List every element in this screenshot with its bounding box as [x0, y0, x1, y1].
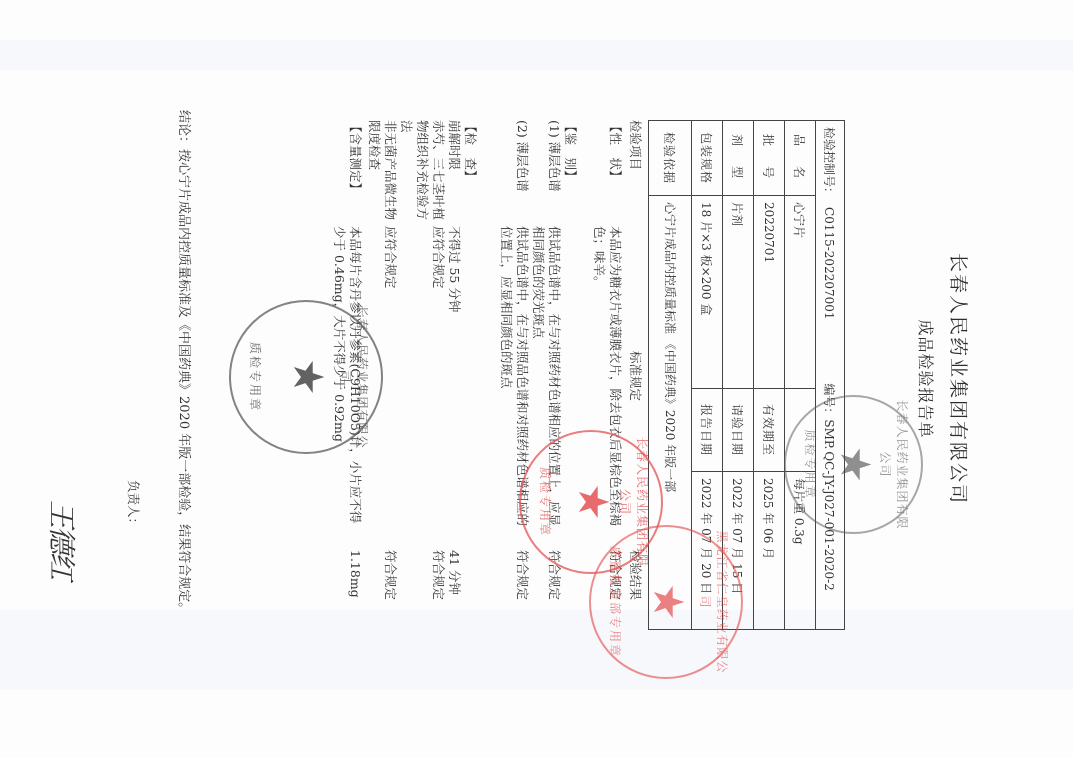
value-expiry: 2025 年 06 月 — [754, 472, 785, 630]
assay-section: 【含量测定】 本品每片含丹参以丹参素(C9H10O5)计，小片应不得少于 0.4… — [303, 120, 363, 640]
header-item: 检验项目 — [627, 120, 643, 220]
value-tablet-weight: 每片重 0.3g — [785, 472, 816, 630]
inspection-item: 崩解时限 不得过 55 分钟 41 分钟 — [446, 120, 462, 640]
control-no-label: 检验控制号： — [823, 127, 837, 199]
item-standard: 应符合规定 — [430, 226, 446, 526]
label-request-date: 请验日期 — [723, 389, 754, 472]
table-row: 剂 型 片剂 请验日期 2022 年 07 月 15 日 — [723, 121, 754, 630]
table-row: 批 号 20220701 有效期至 2025 年 06 月 — [754, 121, 785, 630]
identification-section: 【鉴 别】 (1) 薄层色谱 供试品色谱中，在与对照药材色谱相应的位置上，应显相… — [498, 120, 578, 640]
section-assay: 【含量测定】 — [347, 120, 363, 220]
section-character: 【性 状】 — [607, 120, 623, 220]
value-report-date: 2022 年 07 月 20 日 — [692, 472, 723, 630]
identification-item: (1) 薄层色谱 供试品色谱中，在与对照药材色谱相应的位置上，应显相同颜色的荧光… — [530, 120, 562, 640]
doc-no: QC-JY-J027-001-2020-2 — [823, 451, 837, 591]
label-report-date: 报告日期 — [692, 389, 723, 472]
header-standard: 标准规定 — [627, 226, 643, 526]
label-batch-no: 批 号 — [754, 121, 785, 196]
info-table: 检验控制号：C0115-202207001 编号：SMP.QC-JY-J027-… — [648, 120, 845, 630]
item-result: 41 分钟 — [446, 550, 462, 630]
signature: 王德红 — [43, 500, 83, 578]
item-name: 非无菌产品微生物限度检查 — [366, 120, 398, 220]
item-name: 崩解时限 — [446, 120, 462, 220]
label-basis: 检验依据 — [649, 121, 692, 196]
control-number-row: 检验控制号：C0115-202207001 编号：SMP.QC-JY-J027-… — [816, 121, 845, 630]
doc-no-label: 编号：SMP. — [823, 383, 837, 449]
inspection-item: 非无菌产品微生物限度检查 应符合规定 符合规定 — [366, 120, 398, 640]
result-character: 符合规定 — [607, 550, 623, 630]
item-standard: 供试品色谱中，在与对照药材色谱相应的位置上，应显相同颜色的荧光斑点 — [530, 226, 562, 526]
stamp-sub: 质检专用章 — [247, 302, 264, 452]
item-name: (1) 薄层色谱 — [546, 120, 562, 220]
character-section: 【性 状】 本品应为糖衣片或薄膜衣片，除去包衣后显棕色至棕褐色；味辛。 符合规定 — [583, 120, 623, 640]
header-result: 检验结果 — [627, 550, 643, 630]
scanned-report-page: 长春人民药业集团有限公司 成品检验报告单 检验控制号：C0115-2022070… — [0, 0, 1073, 758]
item-standard: 不得过 55 分钟 — [446, 226, 462, 526]
result-assay: 1.18mg — [347, 550, 363, 630]
control-no: C0115-202207001 — [823, 207, 837, 320]
scan-artifact — [0, 40, 1073, 70]
value-product-name: 心宁片 — [785, 196, 816, 389]
label-expiry: 有效期至 — [754, 389, 785, 472]
value-batch-no: 20220701 — [754, 196, 785, 389]
item-name: (2) 薄层色谱 — [514, 120, 530, 220]
table-row: 包装规格 18 片×3 板×200 盒 报告日期 2022 年 07 月 20 … — [692, 121, 723, 630]
label-dosage-form: 剂 型 — [723, 121, 754, 196]
stamp-text: 长春人民药业集团有限公司 — [877, 397, 911, 532]
section-identification: 【鉴 别】 — [562, 120, 578, 220]
item-result: 符合规定 — [430, 550, 446, 630]
inspection-section: 【检 查】 崩解时限 不得过 55 分钟 41 分钟 赤芍、三七茎叶植物组织补充… — [358, 120, 478, 640]
label-product-name: 品 名 — [785, 121, 816, 196]
value-basis: 心宁片成品内控质量标准 《中国药典》2020 年版一部 — [649, 196, 692, 630]
conclusion: 结论：按心宁片成品内控质量标准及《中国药典》2020 年版一部检验，结果符合规定… — [174, 110, 193, 650]
item-result: 符合规定 — [546, 550, 562, 630]
value-dosage-form: 片剂 — [723, 196, 754, 389]
table-row: 品 名 心宁片 每片重 0.3g — [785, 121, 816, 630]
item-result: 符合规定 — [514, 550, 530, 630]
section-inspection: 【检 查】 — [462, 120, 478, 220]
company-name: 长春人民药业集团有限公司 — [946, 0, 973, 758]
standard-assay: 本品每片含丹参以丹参素(C9H10O5)计，小片应不得少于 0.46mg，大片不… — [331, 226, 363, 526]
value-request-date: 2022 年 07 月 15 日 — [723, 472, 754, 630]
item-standard: 应符合规定 — [382, 226, 398, 526]
item-standard: 供试品色谱中，在与对照品色谱和对照药材色谱相应的位置上，应显相同颜色的斑点 — [498, 226, 530, 526]
table-row: 检验依据 心宁片成品内控质量标准 《中国药典》2020 年版一部 — [649, 121, 692, 630]
item-result: 符合规定 — [382, 550, 398, 630]
identification-item: (2) 薄层色谱 供试品色谱中，在与对照品色谱和对照药材色谱相应的位置上，应显相… — [498, 120, 530, 640]
item-name: 赤芍、三七茎叶植物组织补充检验方法 — [398, 120, 446, 220]
label-blank — [785, 389, 816, 472]
value-package: 18 片×3 板×200 盒 — [692, 196, 723, 389]
signatory-label: 负责人： — [125, 480, 143, 530]
report-title: 成品检验报告单 — [915, 0, 938, 758]
standard-character: 本品应为糖衣片或薄膜衣片，除去包衣后显棕色至棕褐色；味辛。 — [591, 226, 623, 526]
inspection-item: 赤芍、三七茎叶植物组织补充检验方法 应符合规定 符合规定 — [398, 120, 446, 640]
label-package: 包装规格 — [692, 121, 723, 196]
